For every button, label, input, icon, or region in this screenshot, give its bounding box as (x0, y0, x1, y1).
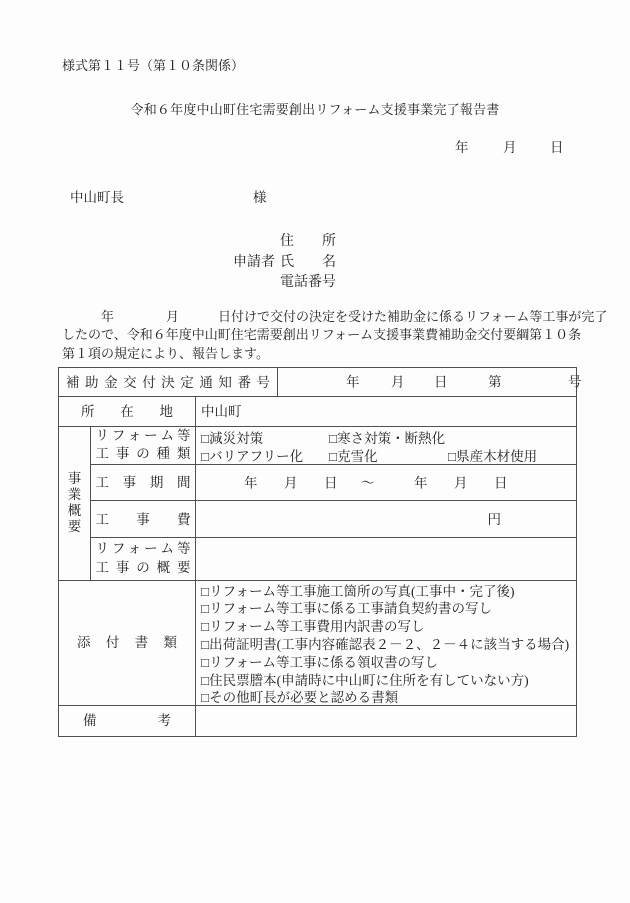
location-value: 中山町 (196, 397, 576, 425)
work-period-label: 工事期間 (96, 473, 191, 492)
period-start-year-label: 年 (244, 473, 258, 492)
applicant-phone-label: 電話番号 (280, 273, 336, 292)
period-start-month-label: 月 (284, 473, 298, 492)
notice-number-value-cell: 年 月 日 第 号 (278, 368, 576, 396)
body-text-line-2: したので、令和６年度中山町住宅需要創出リフォーム支援事業費補助金交付要綱第１０条 (62, 326, 582, 345)
location-label-cell: 所在地 (59, 397, 196, 425)
work-type-label-cell: リフォーム等 工事の種類 (91, 427, 196, 464)
period-end-month-label: 月 (454, 473, 468, 492)
remarks-label-cell: 備考 (59, 706, 196, 736)
notice-month-label: 月 (391, 373, 405, 392)
body-text-line-3: 第１項の規定により、報告します。 (62, 345, 582, 364)
period-end-day-label: 日 (494, 473, 508, 492)
row-work-type: リフォーム等 工事の種類 □減災対策 □寒さ対策・断熱化 □バリアフリー化 □克… (91, 427, 576, 464)
work-cost-label-cell: 工事費 (91, 501, 196, 537)
notice-number-label: 補助金交付決定通知番号 (66, 373, 270, 392)
work-type-options-line1: □減災対策 □寒さ対策・断熱化 (196, 429, 576, 448)
work-summary-label-line1: リフォーム等 (96, 540, 191, 559)
date-day-label: 日 (550, 138, 564, 157)
work-summary-label-cell: リフォーム等 工事の概要 (91, 538, 196, 580)
attachments-value-cell: □リフォーム等工事施工箇所の写真(工事中・完了後) □リフォーム等工事に係る工事… (196, 581, 576, 705)
row-work-cost: 工事費 円 (91, 500, 576, 537)
row-attachments: 添付書類 □リフォーム等工事施工箇所の写真(工事中・完了後) □リフォーム等工事… (59, 580, 576, 705)
attachments-label: 添付書類 (77, 633, 177, 652)
work-period-value-cell: 年 月 日 ～ 年 月 日 (196, 465, 576, 501)
checkbox-disaster-reduction: □減災対策 (201, 429, 263, 448)
overview-group-label: 事業概要 (67, 471, 82, 535)
work-summary-value-cell (196, 538, 576, 580)
location-label: 所在地 (81, 402, 173, 421)
checkbox-attachment-other: □その他町長が必要と認める書類 (196, 689, 576, 707)
work-cost-unit: 円 (488, 510, 502, 529)
work-type-options-line2: □バリアフリー化 □克雪化 □県産木材使用 (196, 447, 576, 466)
remarks-label: 備考 (83, 711, 171, 730)
addressee: 中山町長 (70, 188, 124, 207)
notice-day-label: 日 (434, 373, 448, 392)
report-table: 補助金交付決定通知番号 年 月 日 第 号 所在地 中山町 事業概要 (58, 367, 577, 737)
notice-number-label-cell: 補助金交付決定通知番号 (59, 368, 278, 396)
overview-group-label-cell: 事業概要 (59, 427, 91, 580)
checkbox-attachment-contract: □リフォーム等工事に係る工事請負契約書の写し (196, 600, 576, 618)
honorific: 様 (253, 188, 267, 207)
document-page: 様式第１１号（第１０条関係） 令和６年度中山町住宅需要創出リフォーム支援事業完了… (0, 0, 630, 903)
body-text-line-1: 年 月 日付けで交付の決定を受けた補助金に係るリフォーム等工事が完了 (62, 308, 582, 327)
notice-year-label: 年 (346, 373, 360, 392)
period-end-year-label: 年 (414, 473, 428, 492)
work-summary-label-line2: 工事の概要 (96, 559, 191, 578)
notice-no-prefix: 第 (488, 373, 502, 392)
date-year-label: 年 (455, 138, 469, 157)
checkbox-cold-insulation: □寒さ対策・断熱化 (329, 429, 445, 448)
applicant-label: 申請者 (233, 253, 275, 272)
notice-no-suffix: 号 (568, 373, 582, 392)
applicant-name-label: 氏 名 (280, 253, 336, 272)
checkbox-attachment-breakdown: □リフォーム等工事費用内訳書の写し (196, 618, 576, 636)
row-work-summary: リフォーム等 工事の概要 (91, 537, 576, 580)
period-tilde: ～ (361, 473, 375, 492)
checkbox-attachment-photos: □リフォーム等工事施工箇所の写真(工事中・完了後) (196, 583, 576, 601)
row-notice-number: 補助金交付決定通知番号 年 月 日 第 号 (59, 368, 576, 396)
remarks-value-cell (196, 706, 576, 736)
row-location: 所在地 中山町 (59, 396, 576, 425)
work-period-label-cell: 工事期間 (91, 465, 196, 501)
work-type-label-line2: 工事の種類 (96, 445, 191, 464)
work-type-label-line1: リフォーム等 (96, 427, 191, 446)
work-cost-label: 工事費 (96, 510, 191, 529)
work-type-options-cell: □減災対策 □寒さ対策・断熱化 □バリアフリー化 □克雪化 □県産木材使用 (196, 427, 576, 464)
checkbox-barrier-free: □バリアフリー化 (201, 447, 303, 466)
checkbox-attachment-receipt: □リフォーム等工事に係る領収書の写し (196, 654, 576, 672)
checkbox-local-wood: □県産木材使用 (448, 447, 537, 466)
row-group-overview: 事業概要 リフォーム等 工事の種類 □減災対策 □寒さ対策・断熱化 (59, 426, 576, 580)
work-cost-value-cell: 円 (196, 501, 576, 537)
checkbox-snow-proof: □克雪化 (329, 447, 378, 466)
document-title: 令和６年度中山町住宅需要創出リフォーム支援事業完了報告書 (0, 100, 630, 119)
checkbox-attachment-shipping: □出荷証明書(工事内容確認表２－２、２－４に該当する場合) (196, 636, 576, 654)
period-start-day-label: 日 (324, 473, 338, 492)
checkbox-attachment-residence: □住民票謄本(申請時に中山町に住所を有していない方) (196, 672, 576, 690)
applicant-address-label: 住 所 (280, 232, 336, 251)
form-number: 様式第１１号（第１０条関係） (62, 56, 244, 75)
row-work-period: 工事期間 年 月 日 ～ 年 月 日 (91, 464, 576, 501)
date-month-label: 月 (503, 138, 517, 157)
row-remarks: 備考 (59, 705, 576, 736)
attachments-label-cell: 添付書類 (59, 581, 196, 705)
